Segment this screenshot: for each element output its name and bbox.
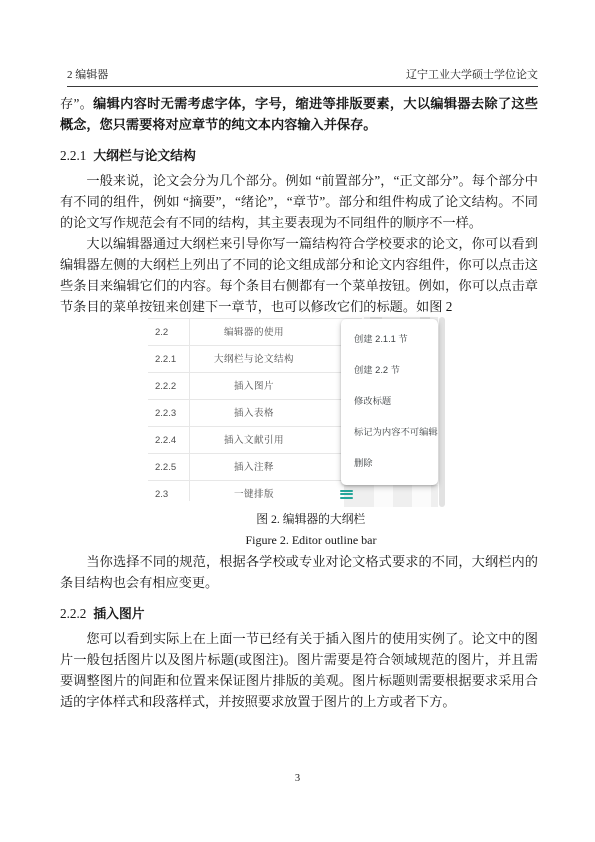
list-menu-icon <box>340 490 353 499</box>
editor-page-edge <box>374 485 393 507</box>
paragraph-insert-image: 您可以看到实际上在上面一节已经有关于插入图片的使用实例了。论文中的图片一般包括图… <box>60 628 538 712</box>
outline-row-number: 2.2.4 <box>148 430 188 451</box>
scrollbar <box>439 317 445 507</box>
outline-row: 2.2.3 插入表格 <box>148 399 362 426</box>
section-title: 大纲栏与论文结构 <box>93 148 195 163</box>
context-menu-item-create-subsection: 创建 2.1.1 节 <box>341 324 438 355</box>
header-chapter-label: 2 编辑器 <box>67 66 108 82</box>
outline-row-number: 2.2.5 <box>148 457 188 478</box>
context-menu-item-delete: 删除 <box>341 448 438 479</box>
outline-row-label: 插入注释 <box>188 457 320 478</box>
outline-row-label: 插入表格 <box>188 403 320 424</box>
outline-row-label: 大纲栏与论文结构 <box>188 349 320 370</box>
figure-caption-en: Figure 2. Editor outline bar <box>60 530 538 551</box>
continuation-bold-text: 编辑内容时无需考虑字体，字号，缩进等排版要素，大以编辑器去除了这些概念，您只需要… <box>60 96 538 132</box>
continuation-plain-text: 存”。 <box>60 96 93 111</box>
context-menu-item-mark-noneditable: 标记为内容不可编辑 <box>341 417 438 448</box>
paragraph-outline-bar: 大以编辑器通过大纲栏来引导你写一篇结构符合学校要求的论文，你可以看到编辑器左侧的… <box>60 233 538 317</box>
outline-row: 2.3 一键排版 <box>148 480 362 507</box>
context-menu-item-edit-title: 修改标题 <box>341 386 438 417</box>
page-body: 存”。编辑内容时无需考虑字体，字号，缩进等排版要素，大以编辑器去除了这些概念，您… <box>60 93 538 712</box>
editor-page-edge <box>412 485 431 507</box>
figure-editor-outline-screenshot: 2.2 编辑器的使用 2.2.1 大纲栏与论文结构 2.2.2 插入图片 2.2… <box>148 317 446 509</box>
outline-row: 2.2.5 插入注释 <box>148 453 362 480</box>
section-number: 2.2.2 <box>60 606 86 621</box>
section-heading-2-2-2: 2.2.2插入图片 <box>60 603 538 624</box>
header-thesis-title: 辽宁工业大学硕士学位论文 <box>406 66 538 82</box>
outline-row: 2.2.2 插入图片 <box>148 372 362 399</box>
figure-caption-zh: 图 2. 编辑器的大纲栏 <box>60 509 538 530</box>
outline-table: 2.2 编辑器的使用 2.2.1 大纲栏与论文结构 2.2.2 插入图片 2.2… <box>148 318 362 507</box>
paragraph-continuation: 存”。编辑内容时无需考虑字体，字号，缩进等排版要素，大以编辑器去除了这些概念，您… <box>60 93 538 135</box>
outline-row: 2.2.1 大纲栏与论文结构 <box>148 345 362 372</box>
outline-row-number: 2.3 <box>148 484 188 505</box>
outline-row-number: 2.2 <box>148 322 188 343</box>
outline-row-number: 2.2.3 <box>148 403 188 424</box>
context-menu: 创建 2.1.1 节 创建 2.2 节 修改标题 标记为内容不可编辑 删除 <box>341 319 438 485</box>
paragraph-spec-change: 当你选择不同的规范，根据各学校或专业对论文格式要求的不同，大纲栏内的条目结构也会… <box>60 551 538 593</box>
thesis-page: 2 编辑器 辽宁工业大学硕士学位论文 存”。编辑内容时无需考虑字体，字号，缩进等… <box>0 0 595 842</box>
section-title: 插入图片 <box>93 606 144 621</box>
paragraph-thesis-structure: 一般来说，论文会分为几个部分。例如 “前置部分”，“正文部分”。每个部分中有不同… <box>60 170 538 233</box>
outline-row: 2.2.4 插入文献引用 <box>148 426 362 453</box>
outline-column-divider <box>189 318 190 501</box>
page-header: 2 编辑器 辽宁工业大学硕士学位论文 <box>67 66 538 87</box>
section-number: 2.2.1 <box>60 148 86 163</box>
page-number: 3 <box>0 773 595 784</box>
context-menu-item-create-section: 创建 2.2 节 <box>341 355 438 386</box>
outline-row-label: 编辑器的使用 <box>188 322 320 343</box>
section-heading-2-2-1: 2.2.1大纲栏与论文结构 <box>60 145 538 166</box>
outline-row-number: 2.2.1 <box>148 349 188 370</box>
outline-row: 2.2 编辑器的使用 <box>148 318 362 345</box>
outline-row-label: 插入图片 <box>188 376 320 397</box>
outline-row-label: 插入文献引用 <box>188 430 320 451</box>
outline-row-label: 一键排版 <box>188 484 320 505</box>
outline-row-number: 2.2.2 <box>148 376 188 397</box>
